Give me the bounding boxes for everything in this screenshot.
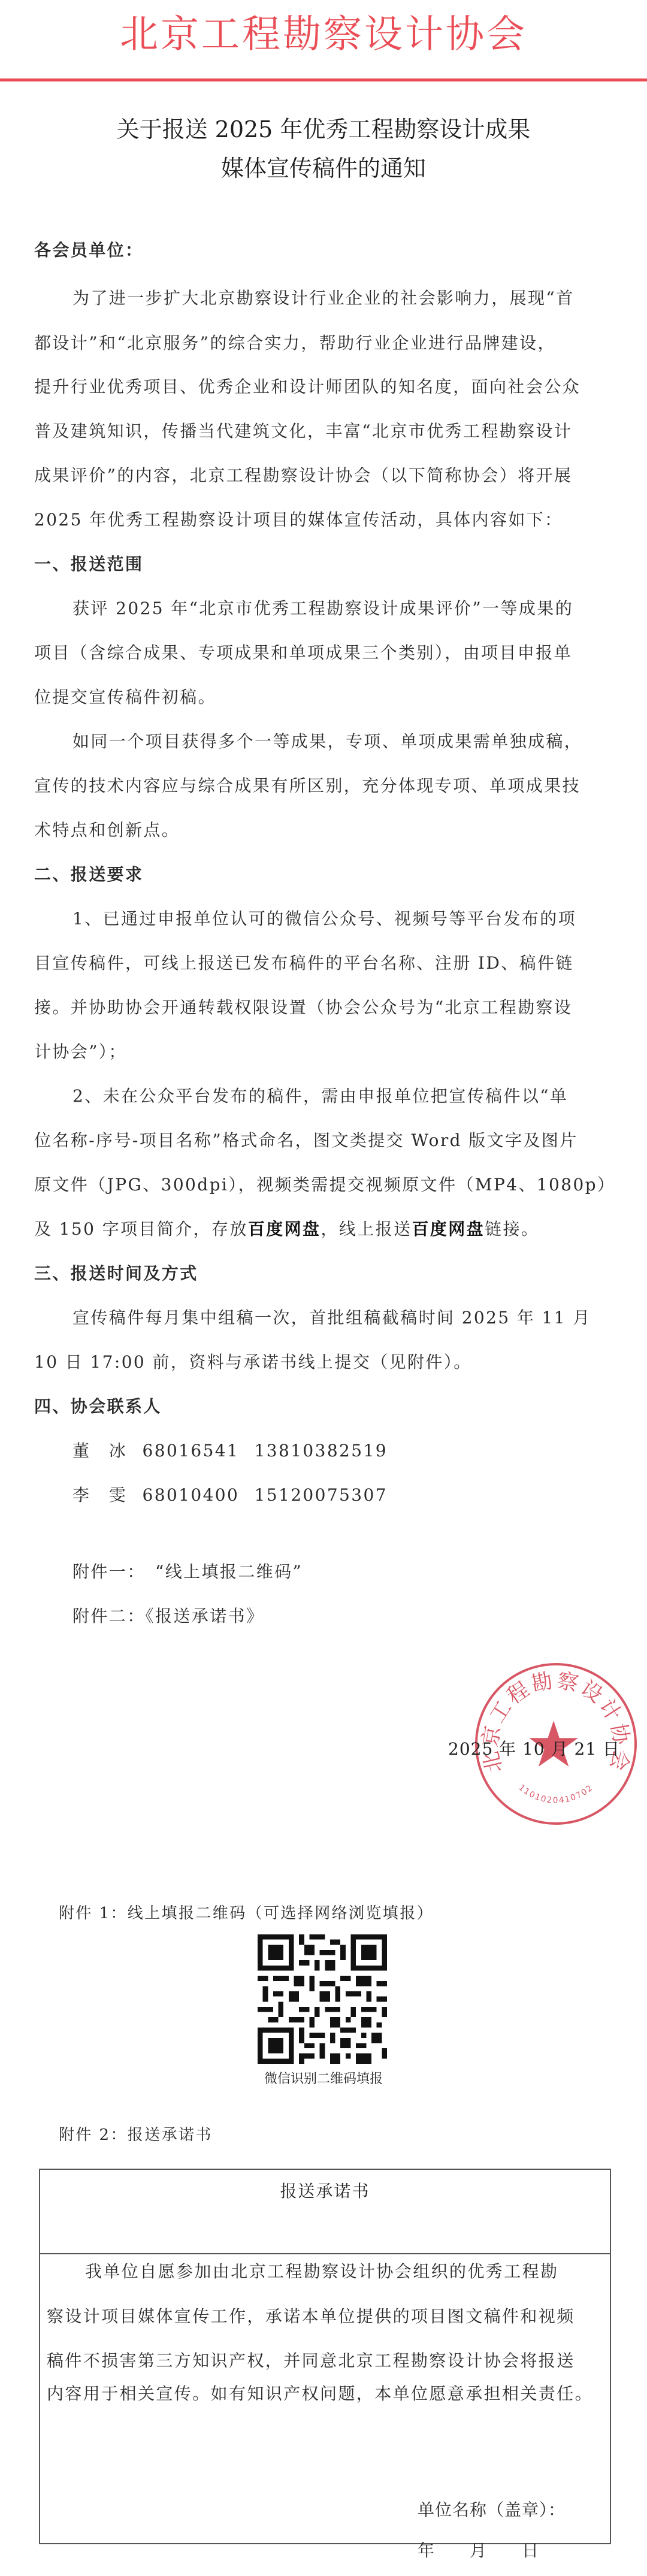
section-heading-timing: 三、报送时间及方式 xyxy=(34,1263,198,1284)
line-suffix: 链接。 xyxy=(485,1219,539,1239)
section-line: 计协会”）； xyxy=(34,1041,127,1063)
intro-line: 提升行业优秀项目、优秀企业和设计师团队的知名度，面向社会公众 xyxy=(34,376,581,398)
intro-line: 成果评价”的内容，北京工程勘察设计协会（以下简称协会）将开展 xyxy=(34,465,572,486)
section-heading-scope: 一、报送范围 xyxy=(34,554,143,575)
attachment-list-item: 附件二：《报送承诺书》 xyxy=(72,1606,264,1627)
contact-phone: 68016541 xyxy=(143,1441,240,1461)
section-line-baidu: 及 150 字项目简介，存放百度网盘，线上报送百度网盘链接。 xyxy=(34,1219,539,1240)
section-line: 宣传稿件每月集中组稿一次，首批组稿截稿时间 2025 年 11 月 xyxy=(72,1307,591,1329)
line-prefix: 及 150 字项目简介，存放 xyxy=(34,1219,248,1239)
promise-body-line: 稿件不损害第三方知识产权，并同意北京工程勘察设计协会将报送 xyxy=(47,2350,575,2372)
section-line: 宣传的技术内容应与综合成果有所区别，充分体现专项、单项成果技 xyxy=(34,775,581,797)
intro-line: 都设计”和“北京服务”的综合实力，帮助行业企业进行品牌建设， xyxy=(34,332,556,354)
section-heading-requirements: 二、报送要求 xyxy=(34,864,143,885)
attachment1-label: 附件 1：线上填报二维码（可选择网络浏览填报） xyxy=(59,1903,434,1924)
document-title-line2: 媒体宣传稿件的通知 xyxy=(0,153,647,183)
section-line: 位提交宣传稿件初稿。 xyxy=(34,687,216,708)
promise-body-line: 内容用于相关宣传。如有知识产权问题，本单位愿意承担相关责任。 xyxy=(47,2383,593,2405)
baidu-pan-emphasis: 百度网盘 xyxy=(412,1219,485,1239)
promise-letter-title: 报送承诺书 xyxy=(39,2178,611,2202)
salutation: 各会员单位： xyxy=(34,240,143,261)
baidu-pan-emphasis: 百度网盘 xyxy=(248,1219,321,1239)
section-line: 如同一个项目获得多个一等成果，专项、单项成果需单独成稿， xyxy=(72,731,582,752)
section-line: 目宣传稿件，可线上报送已发布稿件的平台名称、注册 ID、稿件链 xyxy=(34,953,574,974)
section-line: 位名称-序号-项目名称”格式命名，图文类提交 Word 版文字及图片 xyxy=(34,1130,578,1151)
section-line: 获评 2025 年“北京市优秀工程勘察设计成果评价”一等成果的 xyxy=(72,598,573,619)
section-line: 1、已通过申报单位认可的微信公众号、视频号等平台发布的项 xyxy=(72,908,576,930)
promise-date-label: 年 月 日 xyxy=(418,2540,539,2562)
document-title-line1: 关于报送 2025 年优秀工程勘察设计成果 xyxy=(0,114,647,144)
qr-code-icon xyxy=(258,1934,387,2064)
contact-phone: 68010400 xyxy=(143,1485,240,1505)
contact-mobile: 13810382519 xyxy=(255,1441,388,1461)
section-line: 原文件（JPG、300dpi），视频类需提交视频原文件（MP4、1080p） xyxy=(34,1174,615,1196)
promise-body-line: 我单位自愿参加由北京工程勘察设计协会组织的优秀工程勘 xyxy=(85,2261,558,2282)
qr-caption: 微信识别二维码填报 xyxy=(0,2069,647,2087)
intro-line: 普及建筑知识，传播当代建筑文化，丰富“北京市优秀工程勘察设计 xyxy=(34,421,572,442)
section-heading-contacts: 四、协会联系人 xyxy=(34,1396,162,1417)
attachment-list-item: 附件一： “线上填报二维码” xyxy=(72,1561,303,1583)
svg-text:1101020410702: 1101020410702 xyxy=(517,1783,595,1806)
section-line: 2、未在公众平台发布的稿件，需由申报单位把宣传稿件以“单 xyxy=(72,1086,568,1107)
contact-name: 董 冰 xyxy=(72,1441,127,1461)
section-line: 接。并协助协会开通转载权限设置（协会公众号为“北京工程勘察设 xyxy=(34,997,572,1018)
contact-mobile: 15120075307 xyxy=(255,1485,388,1505)
contact-row: 李 雯 68010400 15120075307 xyxy=(72,1484,388,1506)
intro-line: 为了进一步扩大北京勘察设计行业企业的社会影响力，展现“首 xyxy=(72,288,575,309)
intro-line: 2025 年优秀工程勘察设计项目的媒体宣传活动，具体内容如下： xyxy=(34,509,563,531)
unit-name-seal-label: 单位名称（盖章）： xyxy=(418,2499,566,2521)
promise-body-line: 察设计项目媒体宣传工作，承诺本单位提供的项目图文稿件和视频 xyxy=(47,2306,575,2327)
section-line: 术特点和创新点。 xyxy=(34,820,180,841)
section-line: 项目（含综合成果、专项成果和单项成果三个类别），由项目申报单 xyxy=(34,642,572,664)
contact-row: 董 冰 68016541 13810382519 xyxy=(72,1440,388,1462)
qr-code[interactable] xyxy=(258,1934,387,2064)
masthead-divider xyxy=(0,78,647,81)
signature-date: 2025 年 10 月 21 日 xyxy=(448,1736,620,1760)
section-line: 10 日 17:00 前，资料与承诺书线上提交（见附件）。 xyxy=(34,1352,472,1373)
line-middle: ，线上报送 xyxy=(321,1219,412,1239)
attachment2-label: 附件 2：报送承诺书 xyxy=(59,2124,213,2146)
masthead-org-name: 北京工程勘察设计协会 xyxy=(0,11,647,59)
contact-name: 李 雯 xyxy=(72,1485,127,1505)
